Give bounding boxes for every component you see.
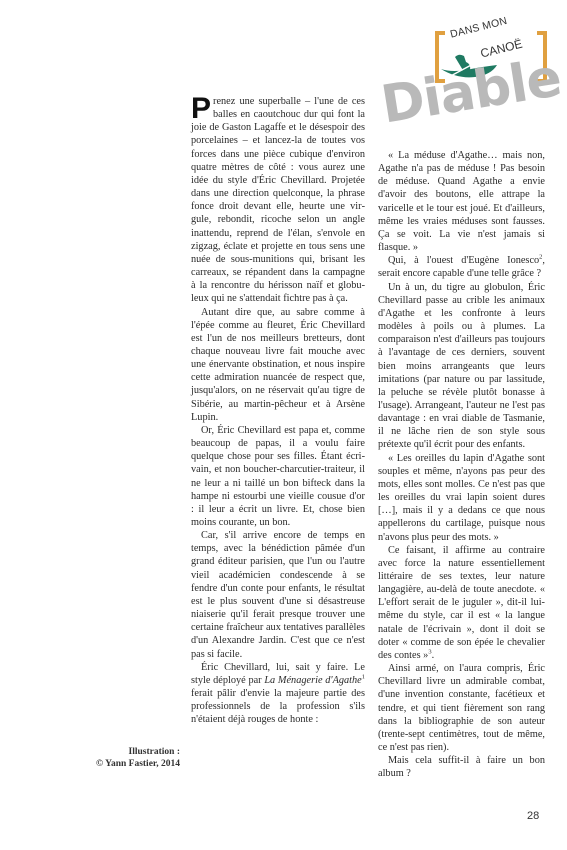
illustration-credit: Illustration : © Yann Fastier, 2014 xyxy=(96,746,180,770)
credit-author: © Yann Fastier, 2014 xyxy=(96,758,180,770)
article-paragraph: Éric Chevillard, lui, sait y faire. Le s… xyxy=(191,661,365,727)
page-number: 28 xyxy=(527,810,539,822)
book-title: La Ménagerie d'Agathe xyxy=(264,675,361,686)
article-left-column: Prenez une superballe – l'une de ces bal… xyxy=(191,95,365,727)
article-paragraph: Un à un, du tigre au globulon, Éric Chev… xyxy=(378,281,545,452)
quote-paragraph: « Les oreilles du lapin d'Agathe sont so… xyxy=(378,452,545,544)
drop-cap: P xyxy=(191,97,211,121)
quote-paragraph: « La méduse d'Agathe… mais non, Agathe n… xyxy=(378,149,545,254)
footnote-ref: 1 xyxy=(362,673,365,680)
article-paragraph: Qui, à l'ouest d'Eugène Ionesco2, serait… xyxy=(378,254,545,280)
article-paragraph: Or, Éric Chevillard est papa et, comme b… xyxy=(191,424,365,529)
logo-text-line1: DANS MON xyxy=(449,15,508,41)
article-paragraph: Car, s'il arrive encore de temps en temp… xyxy=(191,529,365,661)
article-paragraph: Autant dire que, au sabre comme à l'épée… xyxy=(191,306,365,424)
article-paragraph: Ainsi armé, on l'aura compris, Éric Chev… xyxy=(378,662,545,754)
credit-label: Illustration : xyxy=(96,746,180,758)
article-right-column: « La méduse d'Agathe… mais non, Agathe n… xyxy=(378,149,545,781)
article-paragraph: Ce faisant, il affirme au contraire avec… xyxy=(378,544,545,662)
article-paragraph: Mais cela suffit-il à faire un bon album… xyxy=(378,754,545,780)
article-paragraph: Prenez une superballe – l'une de ces bal… xyxy=(191,95,365,306)
section-headline: Diable xyxy=(377,48,565,135)
